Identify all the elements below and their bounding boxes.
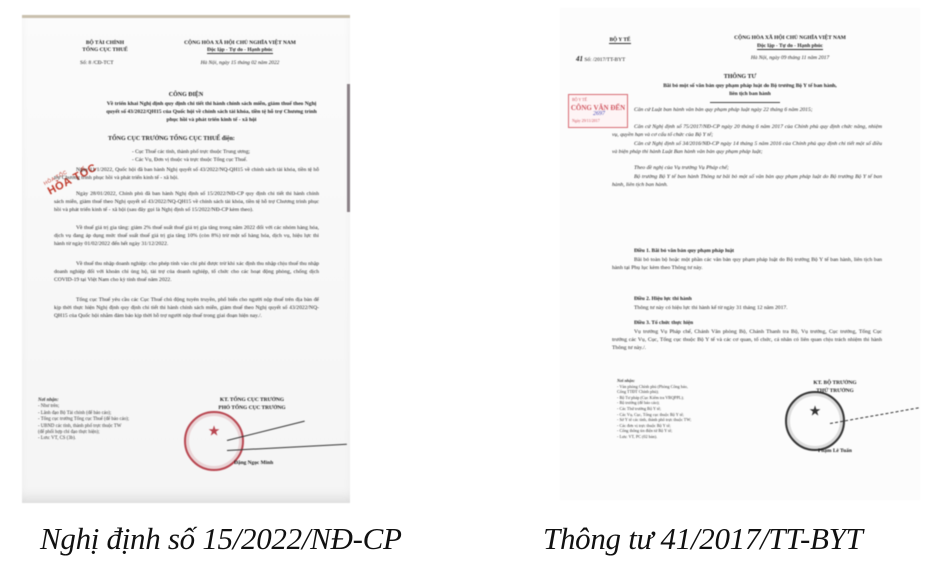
left-agency-line2: TỔNG CỤC THUẾ bbox=[70, 47, 140, 53]
scan-edge-bar bbox=[347, 84, 350, 212]
right-article-title: Điều 2. Hiệu lực thi hành bbox=[634, 296, 692, 302]
right-national-title: CỘNG HÒA XÃ HỘI CHỦ NGHĨA VIỆT NAM bbox=[690, 35, 890, 41]
right-doc-number: 41 Số: /2017/TT-BYT bbox=[576, 55, 625, 63]
right-preamble: Bộ trưởng Bộ Y tế ban hành Thông tư bãi … bbox=[612, 173, 882, 189]
right-cc-list: Nơi nhận: - Văn phòng Chính phủ (Phòng C… bbox=[617, 378, 752, 440]
left-paragraph: Ngày 28/01/2022, Chính phủ đã ban hành N… bbox=[54, 190, 319, 215]
right-subject-line2: liên tịch ban hành bbox=[600, 91, 900, 97]
right-preamble: Theo đề nghị của Vụ trưởng Vụ Pháp chế; bbox=[612, 164, 882, 172]
caption-left: Nghị định số 15/2022/NĐ-CP bbox=[40, 521, 402, 557]
left-document-scan: BỘ TÀI CHÍNH TỔNG CỤC THUẾ Số: 8 /CĐ-TCT… bbox=[22, 15, 350, 503]
caption-right: Thông tư 41/2017/TT-BYT bbox=[543, 521, 863, 557]
right-doc-type: THÔNG TƯ bbox=[560, 74, 920, 81]
left-doc-type: CÔNG ĐIỆN bbox=[22, 92, 350, 99]
right-agency: BỘ Y TẾ bbox=[590, 37, 650, 43]
right-article-title: Điều 1. Bãi bỏ văn bản quy phạm pháp luậ… bbox=[634, 248, 734, 254]
right-preamble: Căn cứ Nghị định số 34/2016/NĐ-CP ngày 1… bbox=[612, 140, 882, 156]
left-recipient: - Các Vụ, Đơn vị thuộc và trực thuộc Tổn… bbox=[132, 157, 247, 163]
left-cc-list: Nơi nhận: - Như trên; - Lãnh đạo Bộ Tài … bbox=[38, 398, 188, 443]
subject-underline bbox=[710, 102, 780, 103]
right-motto: Độc lập - Tự do - Hạnh phúc bbox=[690, 43, 890, 49]
right-article-title: Điều 3. Tổ chức thực hiện bbox=[634, 320, 693, 326]
left-motto: Độc lập - Tự do - Hạnh phúc bbox=[150, 47, 330, 53]
left-paragraph: Tổng cục Thuế yêu cầu các Cục Thuế chủ đ… bbox=[54, 296, 319, 321]
left-agency-line1: BỘ TÀI CHÍNH bbox=[70, 40, 140, 46]
left-paragraph: Về thuế thu nhập doanh nghiệp: cho phép … bbox=[54, 260, 319, 285]
right-preamble: Căn cứ Luật ban hành văn bản quy phạm ph… bbox=[612, 106, 882, 114]
left-paragraph: Về thuế giá trị gia tăng: giảm 2% thuế s… bbox=[54, 224, 319, 249]
left-sign-title1: KT. TỔNG CỤC TRƯỞNG bbox=[192, 397, 312, 403]
left-recipient: - Cục Thuế các tỉnh, thành phố trực thuộ… bbox=[132, 149, 250, 155]
right-sign-title2: THỨ TRƯỞNG bbox=[785, 388, 885, 394]
left-subject: Về triển khai Nghị định quy định chi tiế… bbox=[104, 100, 319, 125]
right-article-body: Vụ trưởng Vụ Pháp chế, Chánh Văn phòng B… bbox=[612, 328, 882, 353]
right-place-date: Hà Nội, ngày 09 tháng 11 năm 2017 bbox=[690, 55, 890, 61]
left-addressee: TỔNG CỤC TRƯỞNG TỔNG CỤC THUẾ điện: bbox=[108, 136, 235, 143]
right-signer: Phạm Lê Tuấn bbox=[818, 448, 852, 454]
left-signer: Đặng Ngọc Minh bbox=[234, 460, 273, 466]
right-sign-title1: KT. BỘ TRƯỞNG bbox=[785, 380, 885, 386]
right-preamble: Căn cứ Nghị định số 75/2017/NĐ-CP ngày 2… bbox=[612, 123, 882, 139]
right-subject-line1: Bãi bỏ một số văn bản quy phạm pháp luật… bbox=[600, 83, 900, 89]
right-article-body: Bãi bỏ toàn bộ hoặc một phần các văn bản… bbox=[612, 256, 882, 272]
right-document-scan: BỘ Y TẾ 41 Số: /2017/TT-BYT CỘNG HÒA XÃ … bbox=[560, 8, 920, 500]
left-doc-number: Số: 8 /CĐ-TCT bbox=[80, 60, 114, 66]
signature-stroke bbox=[227, 444, 347, 451]
right-article-body: Thông tư này có hiệu lực thi hành kể từ … bbox=[612, 304, 882, 312]
left-paragraph: Ngày 11/1/2022, Quốc hội đã ban hành Ngh… bbox=[54, 166, 319, 182]
left-national-title: CỘNG HÒA XÃ HỘI CHỦ NGHĨA VIỆT NAM bbox=[150, 40, 330, 46]
left-place-date: Hà Nội, ngày 15 tháng 02 năm 2022 bbox=[150, 60, 330, 66]
